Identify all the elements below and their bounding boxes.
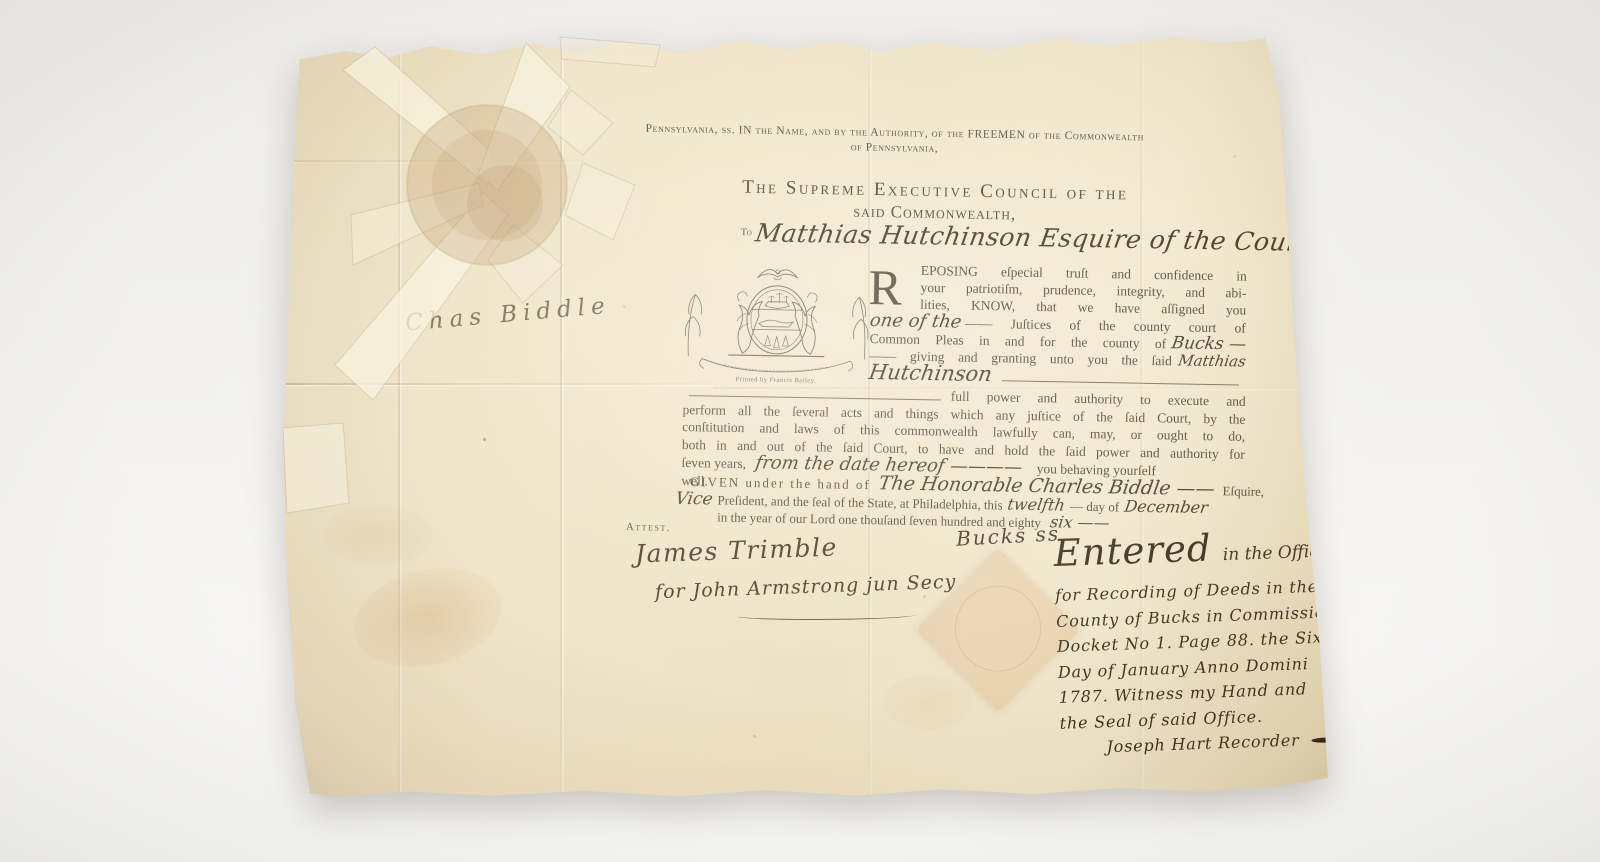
foxing-stain-bottom-left [344,553,513,681]
powers-line-5-pre: ſeven years, [681,454,746,473]
signature-flourish [738,611,916,620]
ink-speck-1 [483,438,486,441]
fold-crease-vertical-1 [398,35,400,797]
addressee-handwritten-name: Matthias Hutchinson Esquire of the Count… [754,218,1452,259]
handwritten-hutchinson: Hutchinson [868,364,993,383]
recorder-docket-note: Entered in the Office for Recording of D… [1053,522,1343,761]
ink-speck-3 [923,595,926,598]
addressee-line: To Matthias Hutchinson Esquire of the Co… [740,218,1252,256]
handwritten-december: December [1123,498,1209,516]
printed-header: Pennsylvania, ſſ. IN the Name, and by th… [604,121,1184,161]
ink-speck-6 [1233,155,1236,158]
given-line-1-post: Eſquire, [1222,483,1264,500]
dropcap-R: R [868,262,902,313]
handwritten-matthias: Matthias [1176,352,1246,370]
fold-crease-vertical-2 [560,35,562,797]
handwritten-one-of-the: one of the [869,312,963,331]
foxing-stain-bottom-center [883,675,973,730]
signature-joseph-hart: Joseph Hart Recorder [1106,731,1300,757]
foxing-stain-left [323,505,433,565]
coat-of-arms-engraving: Printed by Francis Bailey. [671,260,883,386]
reposing-paragraph: R EPOSING eſpecial truſt and confidence … [869,261,1247,390]
handwritten-vice: Vice [674,490,714,507]
document-paper: Pennsylvania, ſſ. IN the Name, and by th… [283,35,1328,797]
signature-chas-biddle-margin: Chas Biddle [404,291,625,336]
ruled-blank-line [689,395,941,400]
fold-crease-horizontal-1 [283,383,713,385]
given-line-1-pre: GIVEN under the hand of [690,474,871,494]
ruled-blank-line [1002,380,1239,385]
signature-james-trimble: James Trimble [635,532,839,568]
recorder-line-1: Entered in the Office [1053,522,1336,575]
fold-crease-horizontal-2 [283,160,583,162]
recorder-entered-word: Entered [1053,526,1212,574]
signature-for-john-armstrong: for John Armstrong jun Secy [655,571,957,604]
arms-linework [685,268,869,373]
recorder-line-1-rest: in the Office [1223,541,1330,565]
attest-label: Attest. [626,521,671,534]
paper-shadow: Pennsylvania, ſſ. IN the Name, and by th… [0,0,1600,862]
addressee-prefix: To [741,227,752,238]
handwritten-bucks-ss: Bucks ss [955,521,1060,550]
handwritten-twelfth: twelfth [1006,496,1066,513]
photo-background: Pennsylvania, ſſ. IN the Name, and by th… [0,0,1600,862]
signature-end-flourish [1311,737,1351,743]
ink-speck-4 [753,735,756,738]
pennsylvania-arms-icon [672,260,882,376]
